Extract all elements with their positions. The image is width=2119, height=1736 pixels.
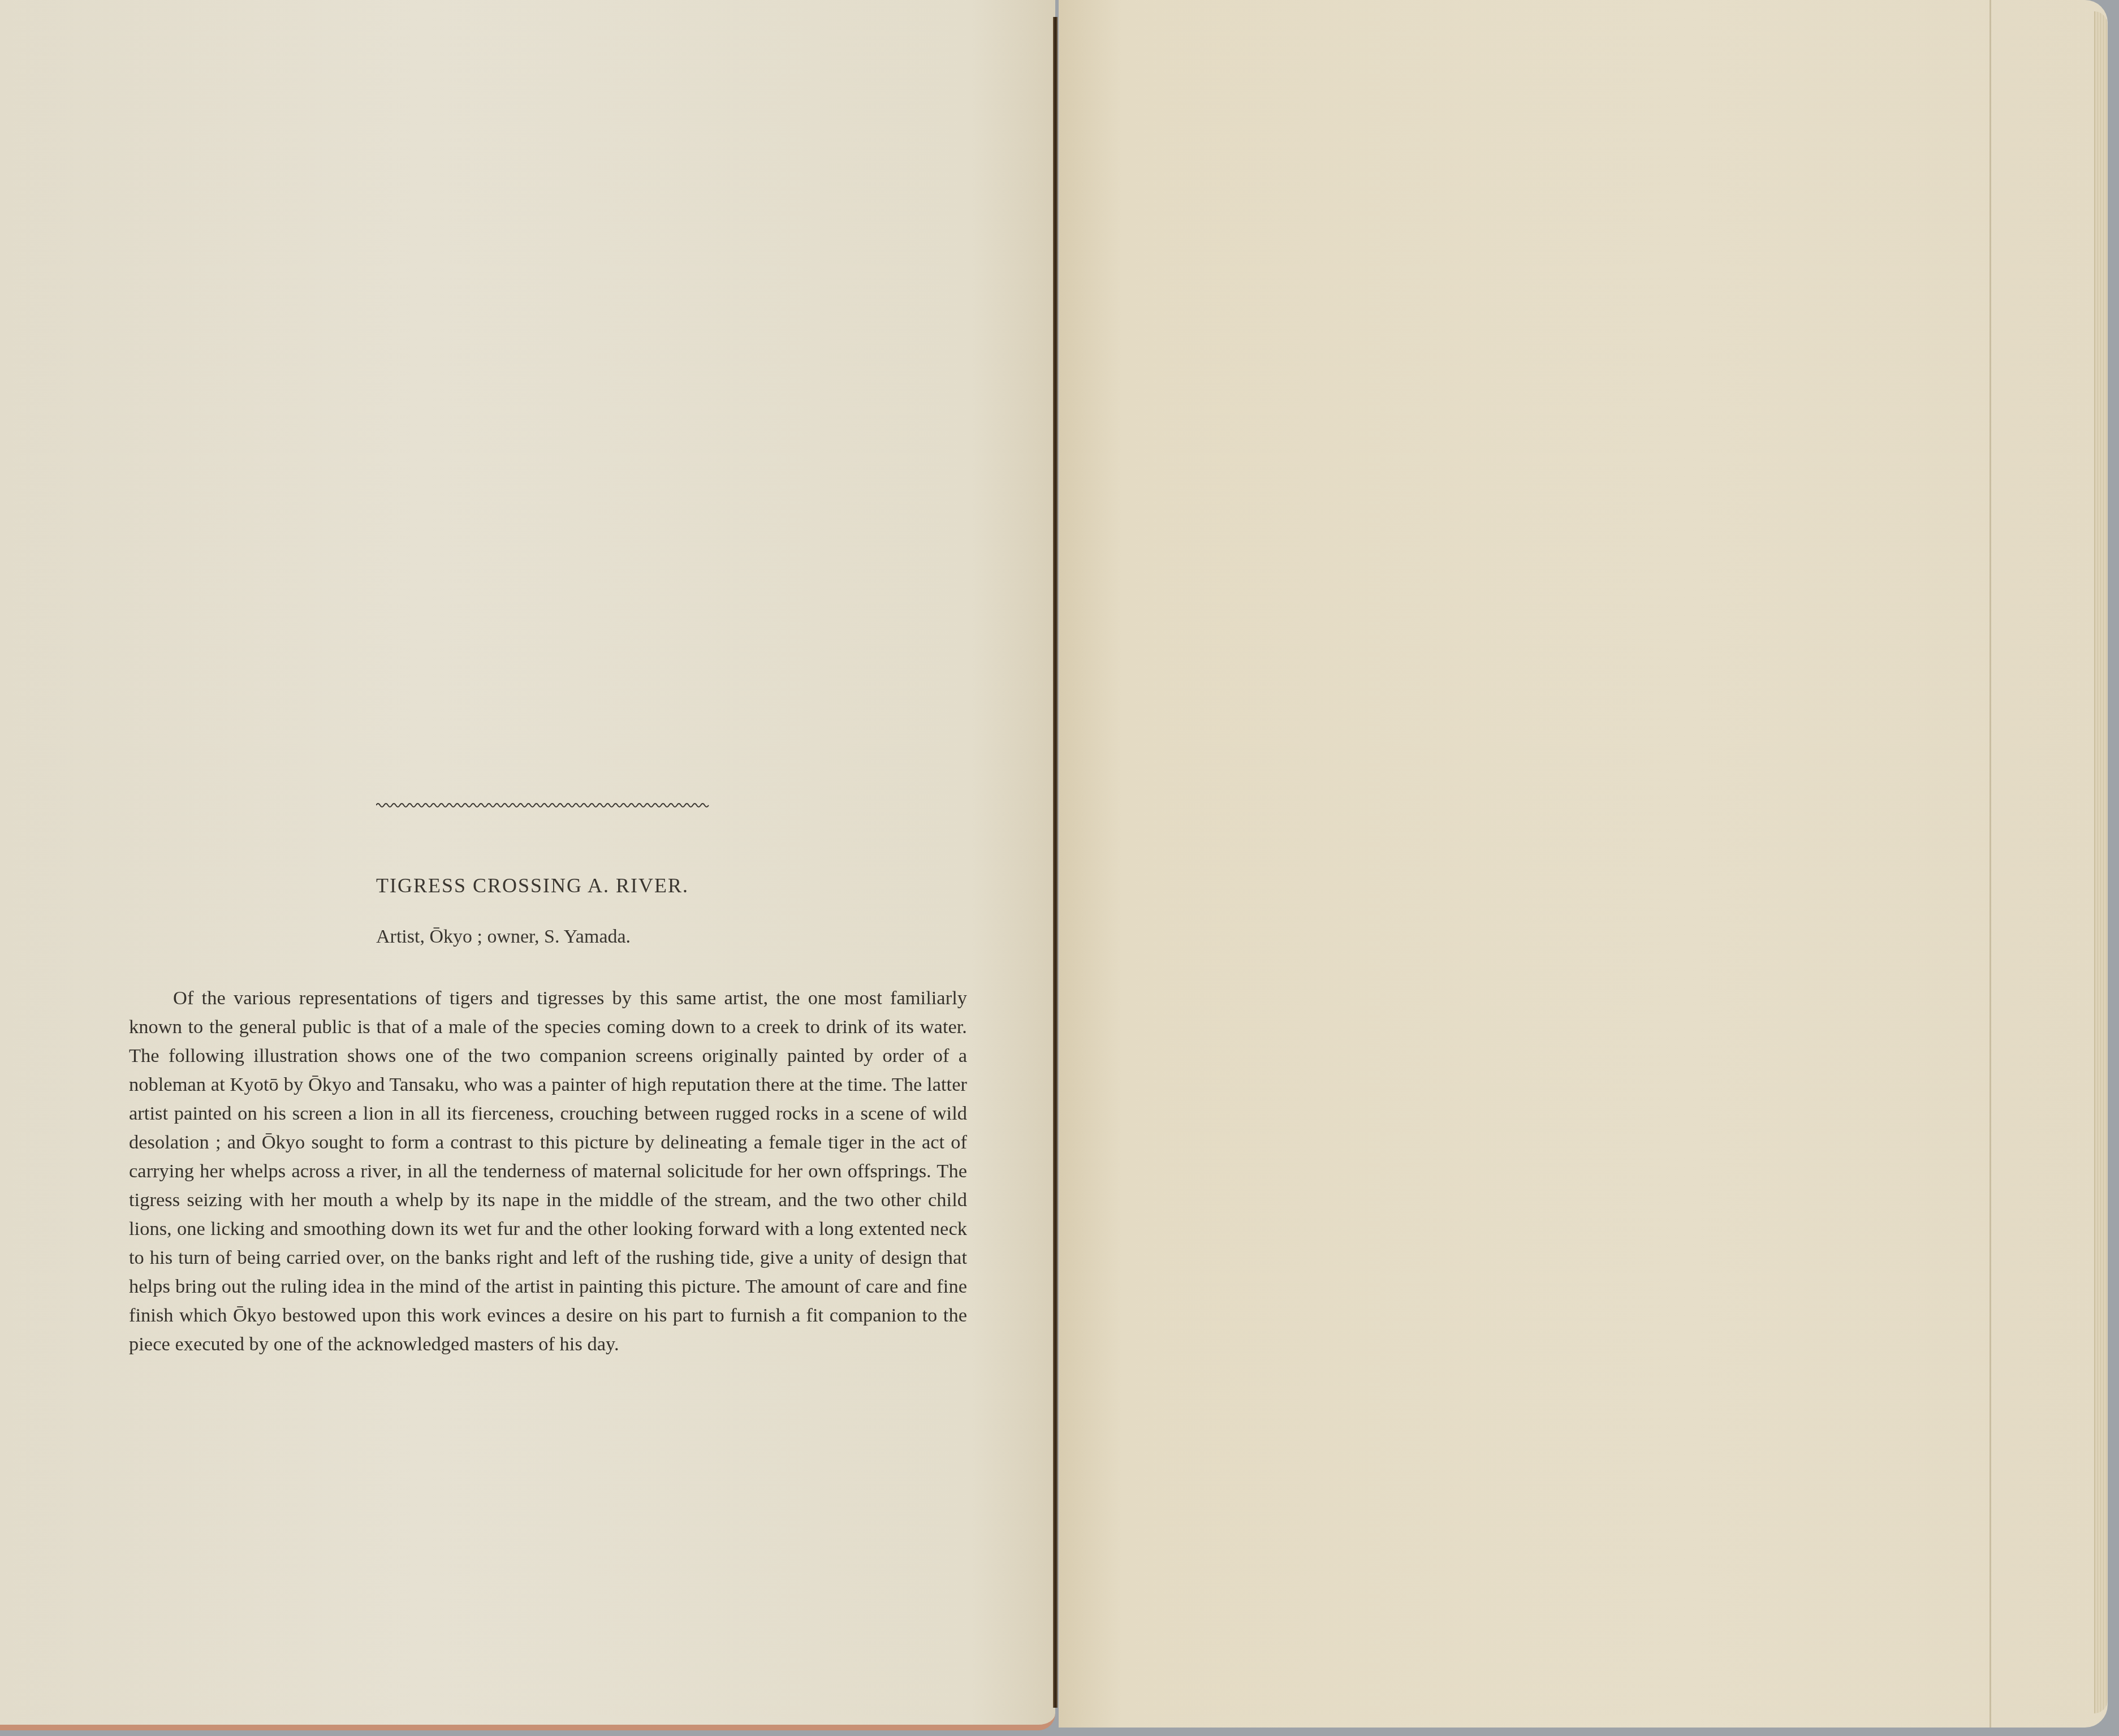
page-fold-line xyxy=(1989,0,1991,1728)
english-byline: Artist, Ōkyo ; owner, S. Yamada. xyxy=(376,926,715,948)
wavy-divider xyxy=(376,798,710,810)
english-title: TIGRESS CROSSING A. RIVER. xyxy=(376,874,715,897)
english-paragraph: Of the various representations of tigers… xyxy=(129,984,967,1359)
right-page xyxy=(1059,0,2108,1728)
page-edge-stack xyxy=(2094,11,2108,1713)
book-spine xyxy=(1053,17,1058,1708)
left-page: 應擧筆 猛虎渡河圖屏風 山田莊左衛門君藏 應擧のかける虎の圖中人の能く知る は渓… xyxy=(0,0,1055,1730)
